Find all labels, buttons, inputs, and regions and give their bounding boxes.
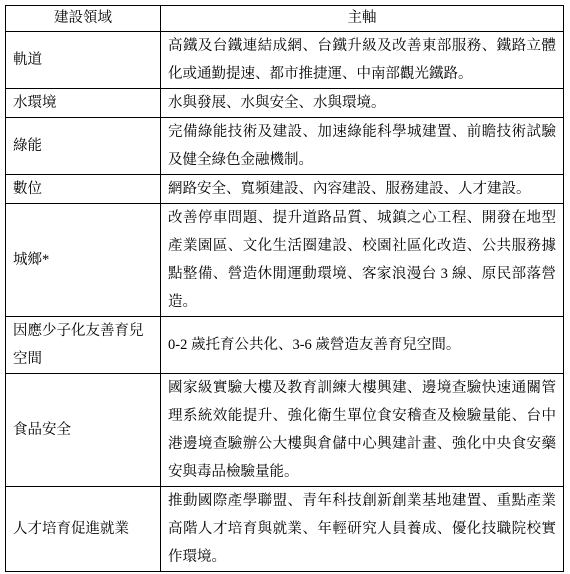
field-cell: 數位	[6, 175, 161, 204]
axis-cell: 水與發展、水與安全、水與環境。	[161, 89, 564, 118]
field-cell: 因應少子化友善育兒空間	[6, 317, 161, 374]
table-row: 城鄉*改善停車問題、提升道路品質、城鎮之心工程、開發在地型產業園區、文化生活圈建…	[6, 204, 564, 317]
field-cell: 水環境	[6, 89, 161, 118]
field-cell: 綠能	[6, 118, 161, 175]
column-header-axis: 主軸	[161, 6, 564, 32]
header-row: 建設領域 主軸	[6, 6, 564, 32]
table-row: 軌道高鐵及台鐵連結成網、台鐵升級及改善東部服務、鐵路立體化或通勤提速、都市推捷運…	[6, 32, 564, 89]
table-row: 數位網路安全、寬頻建設、內容建設、服務建設、人才建設。	[6, 175, 564, 204]
axis-cell: 改善停車問題、提升道路品質、城鎮之心工程、開發在地型產業園區、文化生活圈建設、校…	[161, 204, 564, 317]
field-cell: 城鄉*	[6, 204, 161, 317]
field-cell: 軌道	[6, 32, 161, 89]
axis-cell: 高鐵及台鐵連結成網、台鐵升級及改善東部服務、鐵路立體化或通勤提速、都市推捷運、中…	[161, 32, 564, 89]
construction-fields-table: 建設領域 主軸 軌道高鐵及台鐵連結成網、台鐵升級及改善東部服務、鐵路立體化或通勤…	[5, 5, 564, 572]
table-row: 綠能完備綠能技術及建設、加速綠能科學城建置、前瞻技術試驗及健全綠色金融機制。	[6, 118, 564, 175]
table-row: 人才培育促進就業推動國際產學聯盟、青年科技創新創業基地建置、重點產業高階人才培育…	[6, 487, 564, 572]
column-header-field: 建設領域	[6, 6, 161, 32]
axis-cell: 網路安全、寬頻建設、內容建設、服務建設、人才建設。	[161, 175, 564, 204]
table-row: 因應少子化友善育兒空間0-2 歲托育公共化、3-6 歲營造友善育兒空間。	[6, 317, 564, 374]
axis-cell: 推動國際產學聯盟、青年科技創新創業基地建置、重點產業高階人才培育與就業、年輕研究…	[161, 487, 564, 572]
field-cell: 人才培育促進就業	[6, 487, 161, 572]
field-cell: 食品安全	[6, 374, 161, 487]
table-row: 水環境水與發展、水與安全、水與環境。	[6, 89, 564, 118]
axis-cell: 0-2 歲托育公共化、3-6 歲營造友善育兒空間。	[161, 317, 564, 374]
table-row: 食品安全國家級實驗大樓及教育訓練大樓興建、邊境查驗快速通關管理系統效能提升、強化…	[6, 374, 564, 487]
axis-cell: 國家級實驗大樓及教育訓練大樓興建、邊境查驗快速通關管理系統效能提升、強化衛生單位…	[161, 374, 564, 487]
axis-cell: 完備綠能技術及建設、加速綠能科學城建置、前瞻技術試驗及健全綠色金融機制。	[161, 118, 564, 175]
